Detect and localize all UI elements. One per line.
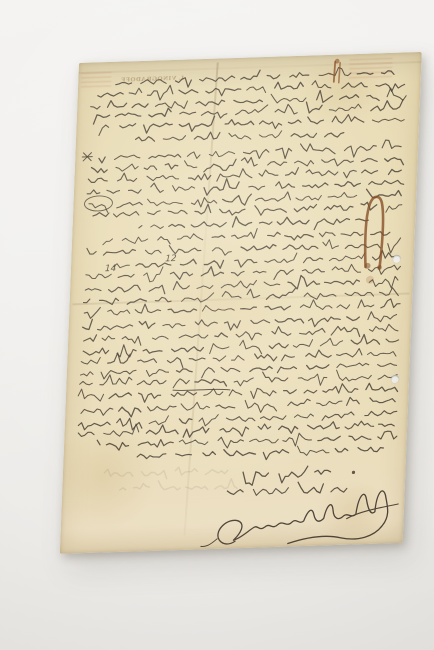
photo-background: I. VINOGRADOFF 1214 (0, 0, 434, 650)
signature (60, 52, 422, 554)
letter-paper: I. VINOGRADOFF 1214 (60, 52, 422, 554)
signature-flourish (201, 539, 217, 547)
signature-stroke (218, 491, 389, 546)
signature-crossbar (347, 504, 398, 519)
